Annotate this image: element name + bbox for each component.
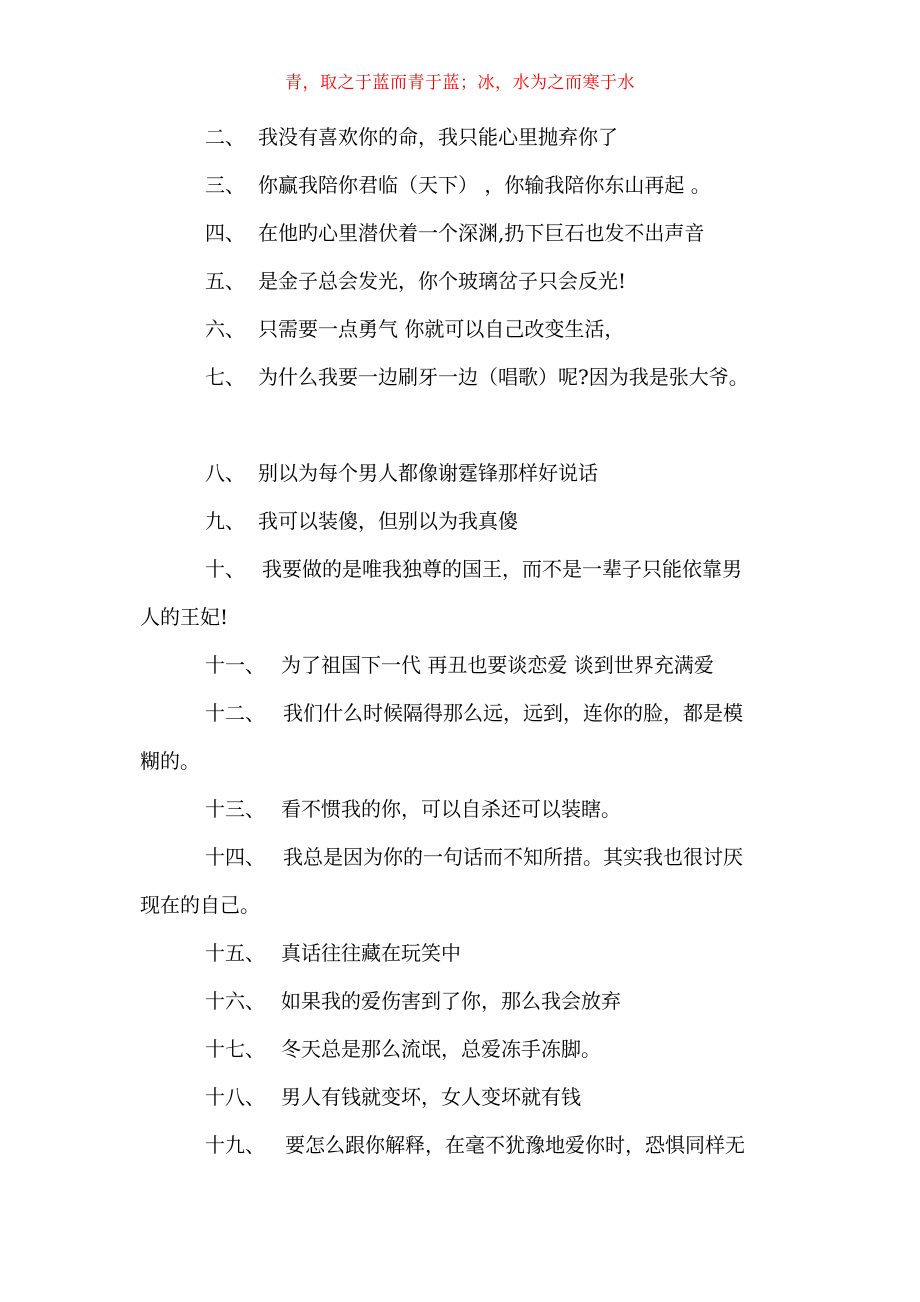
item-number: 三、 xyxy=(205,173,258,197)
item-text: 别以为每个男人都像谢霆锋那样好说话 xyxy=(258,461,598,485)
item-text: 只需要一点勇气 你就可以自己改变生活， xyxy=(258,317,624,341)
list-item-continuation: 现在的自己。 xyxy=(140,893,260,917)
list-item-continuation: 糊的。 xyxy=(140,749,200,773)
list-item: 八、别以为每个男人都像谢霆锋那样好说话 xyxy=(205,461,598,485)
list-item: 十七、冬天总是那么流氓，总爱冻手冻脚。 xyxy=(205,1037,601,1061)
list-item: 十九、要怎么跟你解释，在毫不犹豫地爱你时，恐惧同样无 xyxy=(205,1133,745,1157)
item-text: 如果我的爱伤害到了你，那么我会放弃 xyxy=(281,989,621,1013)
item-text: 为什么我要一边刷牙一边（唱歌）呢?因为我是张大爷。 xyxy=(258,365,749,389)
item-text: 我们什么时候隔得那么远，远到，连你的脸，都是模 xyxy=(283,701,743,725)
item-text: 在他旳心里潜伏着一个深渊,扔下巨石也发不出声音 xyxy=(258,221,704,245)
list-item: 二、我没有喜欢你的命，我只能心里抛弃你了 xyxy=(205,125,618,149)
item-number: 八、 xyxy=(205,461,258,485)
item-text: 我要做的是唯我独尊的国王，而不是一辈子只能依靠男 xyxy=(262,557,742,581)
list-item: 十六、如果我的爱伤害到了你，那么我会放弃 xyxy=(205,989,621,1013)
item-text: 是金子总会发光，你个玻璃岔子只会反光! xyxy=(258,269,626,293)
item-number: 十七、 xyxy=(205,1037,281,1061)
item-number: 六、 xyxy=(205,317,258,341)
item-number: 十三、 xyxy=(205,797,281,821)
list-item: 十四、我总是因为你的一句话而不知所措。其实我也很讨厌 xyxy=(205,845,743,869)
item-number: 十六、 xyxy=(205,989,281,1013)
item-number: 九、 xyxy=(205,509,258,533)
item-number: 十四、 xyxy=(205,845,283,869)
item-text: 冬天总是那么流氓，总爱冻手冻脚。 xyxy=(281,1037,601,1061)
item-number: 十九、 xyxy=(205,1133,285,1157)
list-item: 十、我要做的是唯我独尊的国王，而不是一辈子只能依靠男 xyxy=(205,557,742,581)
list-item: 七、为什么我要一边刷牙一边（唱歌）呢?因为我是张大爷。 xyxy=(205,365,749,389)
list-item-continuation: 人的王妃! xyxy=(140,605,228,629)
list-item: 十三、看不惯我的你，可以自杀还可以装瞎。 xyxy=(205,797,621,821)
list-item: 九、我可以装傻，但别以为我真傻 xyxy=(205,509,518,533)
list-item: 三、你赢我陪你君临（天下） ，你输我陪你东山再起 。 xyxy=(205,173,711,197)
item-number: 七、 xyxy=(205,365,258,389)
list-item: 十一、为了祖国下一代 再丑也要谈恋爱 谈到世界充满爱 xyxy=(205,653,714,677)
item-number: 四、 xyxy=(205,221,258,245)
item-text: 我总是因为你的一句话而不知所措。其实我也很讨厌 xyxy=(283,845,743,869)
item-text: 我可以装傻，但别以为我真傻 xyxy=(258,509,518,533)
item-number: 十二、 xyxy=(205,701,283,725)
list-item: 十八、男人有钱就变坏，女人变坏就有钱 xyxy=(205,1085,581,1109)
list-item: 五、是金子总会发光，你个玻璃岔子只会反光! xyxy=(205,269,626,293)
item-number: 十五、 xyxy=(205,941,281,965)
document-header: 青，取之于蓝而青于蓝；冰，水为之而寒于水 xyxy=(0,68,920,93)
item-number: 五、 xyxy=(205,269,258,293)
item-text: 你赢我陪你君临（天下） ，你输我陪你东山再起 。 xyxy=(258,173,711,197)
item-text: 真话往往藏在玩笑中 xyxy=(281,941,461,965)
item-text: 要怎么跟你解释，在毫不犹豫地爱你时，恐惧同样无 xyxy=(285,1133,745,1157)
list-item: 十二、我们什么时候隔得那么远，远到，连你的脸，都是模 xyxy=(205,701,743,725)
list-item: 六、只需要一点勇气 你就可以自己改变生活， xyxy=(205,317,624,341)
item-number: 十八、 xyxy=(205,1085,281,1109)
item-text: 男人有钱就变坏，女人变坏就有钱 xyxy=(281,1085,581,1109)
item-text: 看不惯我的你，可以自杀还可以装瞎。 xyxy=(281,797,621,821)
item-text: 我没有喜欢你的命，我只能心里抛弃你了 xyxy=(258,125,618,149)
list-item: 四、在他旳心里潜伏着一个深渊,扔下巨石也发不出声音 xyxy=(205,221,704,245)
item-number: 十一、 xyxy=(205,653,281,677)
item-text: 为了祖国下一代 再丑也要谈恋爱 谈到世界充满爱 xyxy=(281,653,714,677)
item-number: 二、 xyxy=(205,125,258,149)
list-item: 十五、真话往往藏在玩笑中 xyxy=(205,941,461,965)
item-number: 十、 xyxy=(205,557,262,581)
